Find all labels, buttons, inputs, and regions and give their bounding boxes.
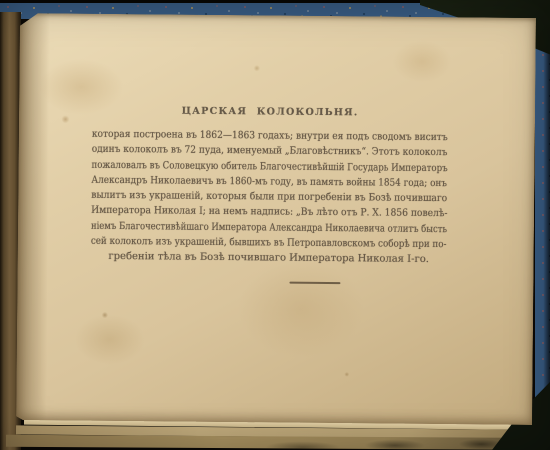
end-of-text-divider-rule	[289, 282, 340, 284]
text-line-9: гребеніи тѣла въ Бозѣ почившаго Императо…	[108, 249, 429, 267]
book-cover-marbled-paper-right	[535, 3, 550, 450]
book-photograph: ЦАРСКАЯ КОЛОКОЛЬНЯ. которая построена въ…	[0, 0, 550, 450]
page-paragraph: которая построена въ 1862—1863 годахъ; в…	[91, 127, 448, 268]
album-page: ЦАРСКАЯ КОЛОКОЛЬНЯ. которая построена въ…	[16, 13, 536, 425]
page-stack-edge-shadow	[6, 435, 546, 450]
page-title: ЦАРСКАЯ КОЛОКОЛЬНЯ.	[92, 105, 448, 119]
